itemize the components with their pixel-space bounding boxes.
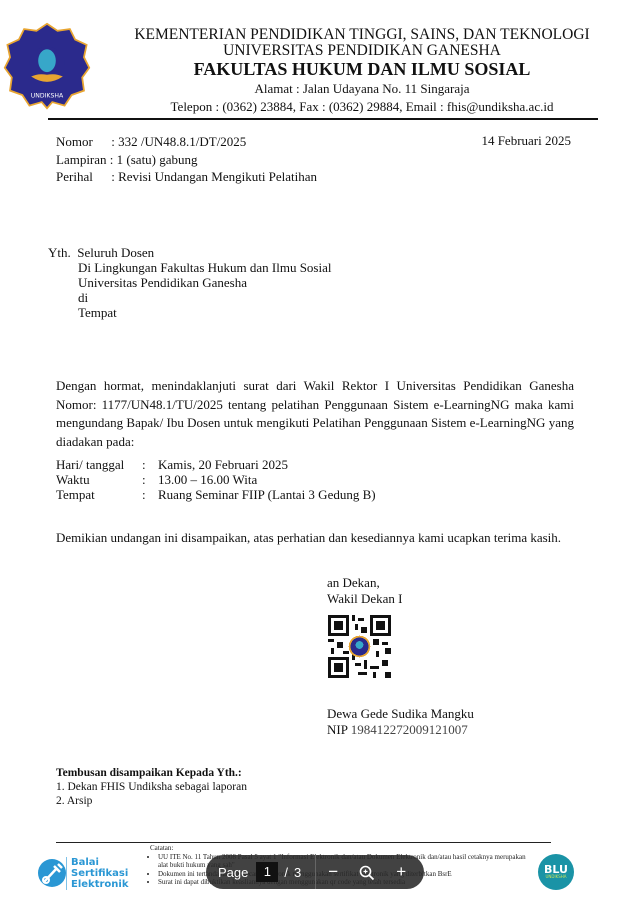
recipient-prefix: Yth. [48,245,71,260]
cc-title: Tembusan disampaikan Kepada Yth.: [56,766,247,780]
qr-code [328,615,391,678]
event-details: Hari/ tanggal:Kamis, 20 Februari 2025 Wa… [56,457,376,502]
event-time-row: Waktu:13.00 – 16.00 Wita [56,472,376,487]
address: Alamat : Jalan Udayana No. 11 Singaraja [92,81,631,97]
contact-info: Telepon : (0362) 23884, Fax : (0362) 298… [92,99,631,115]
cc-block: Tembusan disampaikan Kepada Yth.: 1. Dek… [56,766,247,808]
pdf-viewer-toolbar: Page / 3 − + [206,855,424,889]
university-name: UNIVERSITAS PENDIDIKAN GANESHA [92,42,631,60]
zoom-reset-button[interactable] [350,862,384,882]
event-place-row: Tempat:Ruang Seminar FIIP (Lantai 3 Gedu… [56,487,376,502]
recipient-block: Yth. Seluruh Dosen Di Lingkungan Fakulta… [48,245,331,320]
signature-title: an Dekan, Wakil Dekan I [327,575,402,607]
signatory-nip: NIP 198412272009121007 [327,722,474,738]
closing-paragraph: Demikian undangan ini disampaikan, atas … [56,529,574,548]
cc-item: 1. Dekan FHIS Undiksha sebagai laporan [56,780,247,794]
blu-logo: BLU UNDIKSHA [538,854,574,890]
event-date-row: Hari/ tanggal:Kamis, 20 Februari 2025 [56,457,376,472]
signatory: Dewa Gede Sudika Mangku NIP 198412272009… [327,706,474,738]
university-logo: UNDIKSHA [3,22,91,110]
page-label: Page [218,865,248,880]
letter-subject: Perihal : Revisi Undangan Mengikuti Pela… [56,168,317,186]
bsre-logo-icon [37,856,67,890]
zoom-in-button[interactable]: + [384,862,418,882]
letterhead-divider [48,118,598,120]
letter-date: 14 Februari 2025 [481,133,571,149]
cc-item: 2. Arsip [56,794,247,808]
svg-text:UNDIKSHA: UNDIKSHA [31,93,64,100]
letter-attachment: Lampiran : 1 (satu) gabung [56,151,198,169]
signatory-name: Dewa Gede Sudika Mangku [327,706,474,722]
letter-number: Nomor : 332 /UN48.8.1/DT/2025 [56,133,246,151]
page-number-input[interactable] [256,862,278,882]
footer-divider [56,842,551,843]
opening-paragraph: Dengan hormat, menindaklanjuti surat dar… [56,377,574,451]
total-pages: 3 [294,865,301,880]
magnifier-icon [359,865,375,881]
bsre-logo-text: Balai Sertifikasi Elektronik [66,857,128,890]
page-separator: / [284,865,288,880]
zoom-out-button[interactable]: − [316,862,350,882]
faculty-name: FAKULTAS HUKUM DAN ILMU SOSIAL [92,59,631,80]
